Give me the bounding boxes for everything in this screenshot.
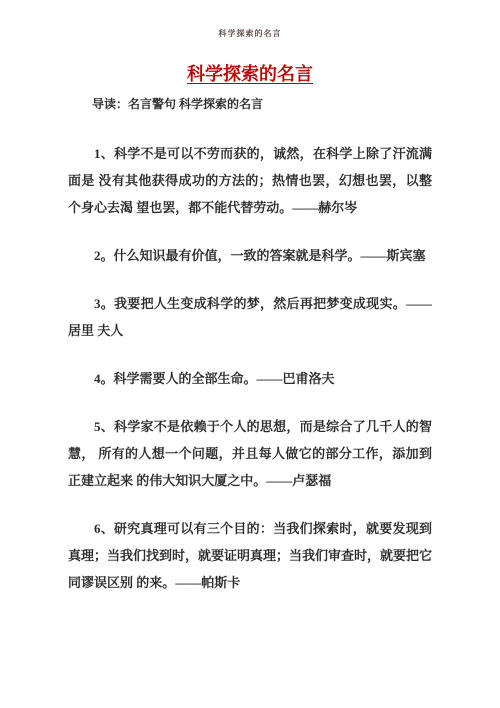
quote-paragraph-1: 1、科学不是可以不劳而获的，诚然，在科学上除了汗流满面是 没有其他获得成功的方法… xyxy=(68,140,432,221)
running-header: 科学探索的名言 xyxy=(0,28,500,39)
document-body: 导读：名言警句 科学探索的名言 1、科学不是可以不劳而获的，诚然，在科学上除了汗… xyxy=(68,94,432,617)
quote-paragraph-5: 5、科学家不是依赖于个人的思想，而是综合了几千人的智慧， 所有的人想一个问题，并… xyxy=(68,413,432,494)
quote-paragraph-6: 6、研究真理可以有三个目的：当我们探索时，就要发现到真理；当我们找到时，就要证明… xyxy=(68,515,432,596)
quote-paragraph-3: 3。我要把人生变成科学的梦，然后再把梦变成现实。——居里 夫人 xyxy=(68,290,432,344)
quote-paragraph-2: 2。什么知识最有价值，一致的答案就是科学。——斯宾塞 xyxy=(68,242,432,269)
lead-line: 导读：名言警句 科学探索的名言 xyxy=(68,94,432,114)
page-title-text: 科学探索的名言 xyxy=(187,64,313,84)
quote-paragraph-4: 4。科学需要人的全部生命。——巴甫洛夫 xyxy=(68,365,432,392)
document-page: 科学探索的名言 科学探索的名言 导读：名言警句 科学探索的名言 1、科学不是可以… xyxy=(0,0,500,708)
page-title: 科学探索的名言 xyxy=(0,60,500,86)
